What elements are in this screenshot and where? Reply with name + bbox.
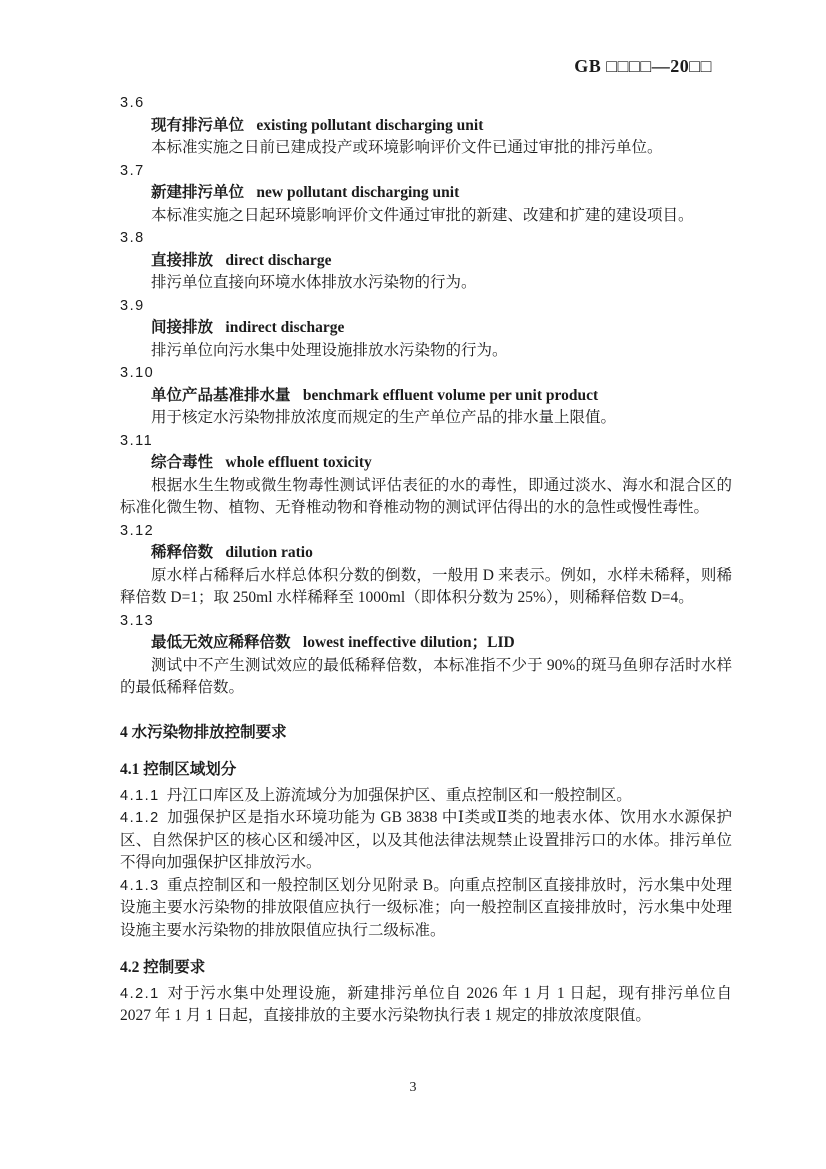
term-title-line: 稀释倍数dilution ratio (120, 542, 732, 565)
clause-number: 4.1.3 (120, 878, 160, 894)
term-definition: 排污单位向污水集中处理设施排放水污染物的行为。 (120, 340, 732, 363)
clause-number: 4.2.1 (120, 986, 160, 1002)
term-title-line: 直接排放direct discharge (120, 250, 732, 273)
term-definition: 测试中不产生测试效应的最低稀释倍数，本标准指不少于 90%的斑马鱼卵存活时水样的… (120, 655, 732, 700)
term-entry: 3.11综合毒性whole effluent toxicity根据水生生物或微生… (120, 430, 732, 520)
term-title-line: 最低无效应稀释倍数lowest ineffective dilution；LID (120, 632, 732, 655)
term-definition: 排污单位直接向环境水体排放水污染物的行为。 (120, 272, 732, 295)
clause-text: 加强保护区是指水环境功能为 GB 3838 中Ⅰ类或Ⅱ类的地表水体、饮用水水源保… (120, 809, 732, 871)
term-number: 3.9 (120, 295, 732, 318)
term-en: existing pollutant discharging unit (256, 117, 483, 134)
subsection-heading: 4.2 控制要求 (120, 957, 732, 980)
clause-text: 重点控制区和一般控制区划分见附录 B。向重点控制区直接排放时，污水集中处理设施主… (120, 877, 732, 939)
term-en: direct discharge (225, 252, 331, 269)
term-en: whole effluent toxicity (225, 454, 371, 471)
page-number: 3 (410, 1080, 417, 1095)
term-definition: 根据水生生物或微生物毒性测试评估表征的水的毒性，即通过淡水、海水和混合区的标准化… (120, 475, 732, 520)
term-entry: 3.8直接排放direct discharge排污单位直接向环境水体排放水污染物… (120, 227, 732, 295)
term-number: 3.13 (120, 610, 732, 633)
term-entry: 3.9间接排放indirect discharge排污单位向污水集中处理设施排放… (120, 295, 732, 363)
term-title-line: 新建排污单位new pollutant discharging unit (120, 182, 732, 205)
term-title-line: 综合毒性whole effluent toxicity (120, 452, 732, 475)
term-en: indirect discharge (225, 319, 344, 336)
term-title-line: 单位产品基准排水量benchmark effluent volume per u… (120, 385, 732, 408)
term-number: 3.11 (120, 430, 732, 453)
clause: 4.1.2加强保护区是指水环境功能为 GB 3838 中Ⅰ类或Ⅱ类的地表水体、饮… (120, 807, 732, 875)
clause-text: 丹江口库区及上游流域分为加强保护区、重点控制区和一般控制区。 (167, 787, 632, 804)
term-zh: 间接排放 (151, 319, 213, 336)
term-number: 3.8 (120, 227, 732, 250)
document-page: GB □□□□—20□□ 3.6现有排污单位existing pollutant… (0, 0, 826, 1169)
term-en: lowest ineffective dilution；LID (303, 634, 515, 651)
document-header: GB □□□□—20□□ (0, 56, 712, 77)
section-4-heading: 4 水污染物排放控制要求 (120, 722, 732, 745)
standard-number: GB □□□□—20□□ (574, 56, 712, 76)
term-title-line: 现有排污单位existing pollutant discharging uni… (120, 115, 732, 138)
term-entry: 3.6现有排污单位existing pollutant discharging … (120, 92, 732, 160)
section-4-content: 4.1 控制区域划分4.1.1丹江口库区及上游流域分为加强保护区、重点控制区和一… (120, 759, 732, 1028)
term-zh: 现有排污单位 (151, 117, 244, 134)
term-definition: 用于核定水污染物排放浓度而规定的生产单位产品的排水量上限值。 (120, 407, 732, 430)
term-entry: 3.7新建排污单位new pollutant discharging unit本… (120, 160, 732, 228)
term-entry: 3.10单位产品基准排水量benchmark effluent volume p… (120, 362, 732, 430)
term-zh: 最低无效应稀释倍数 (151, 634, 291, 651)
page-footer: 3 (0, 1080, 826, 1096)
term-en: dilution ratio (225, 544, 312, 561)
clause: 4.1.1丹江口库区及上游流域分为加强保护区、重点控制区和一般控制区。 (120, 785, 732, 808)
term-definition: 原水样占稀释后水样总体积分数的倒数，一般用 D 来表示。例如，水样未稀释，则稀释… (120, 565, 732, 610)
document-body: 3.6现有排污单位existing pollutant discharging … (120, 92, 732, 1028)
clause: 4.2.1对于污水集中处理设施，新建排污单位自 2026 年 1 月 1 日起，… (120, 983, 732, 1028)
term-entry: 3.12稀释倍数dilution ratio原水样占稀释后水样总体积分数的倒数，… (120, 520, 732, 610)
term-definition: 本标准实施之日前已建成投产或环境影响评价文件已通过审批的排污单位。 (120, 137, 732, 160)
term-zh: 单位产品基准排水量 (151, 387, 291, 404)
term-number: 3.12 (120, 520, 732, 543)
clause: 4.1.3重点控制区和一般控制区划分见附录 B。向重点控制区直接排放时，污水集中… (120, 875, 732, 943)
term-definition: 本标准实施之日起环境影响评价文件通过审批的新建、改建和扩建的建设项目。 (120, 205, 732, 228)
term-zh: 综合毒性 (151, 454, 213, 471)
terms-section: 3.6现有排污单位existing pollutant discharging … (120, 92, 732, 700)
clause-number: 4.1.2 (120, 810, 160, 826)
term-title-line: 间接排放indirect discharge (120, 317, 732, 340)
term-zh: 新建排污单位 (151, 184, 244, 201)
term-zh: 直接排放 (151, 252, 213, 269)
term-en: benchmark effluent volume per unit produ… (303, 387, 598, 404)
term-number: 3.10 (120, 362, 732, 385)
clause-number: 4.1.1 (120, 788, 160, 804)
clause-text: 对于污水集中处理设施，新建排污单位自 2026 年 1 月 1 日起，现有排污单… (120, 985, 732, 1025)
term-zh: 稀释倍数 (151, 544, 213, 561)
term-en: new pollutant discharging unit (256, 184, 459, 201)
term-entry: 3.13最低无效应稀释倍数lowest ineffective dilution… (120, 610, 732, 700)
term-number: 3.6 (120, 92, 732, 115)
term-number: 3.7 (120, 160, 732, 183)
subsection-heading: 4.1 控制区域划分 (120, 759, 732, 782)
